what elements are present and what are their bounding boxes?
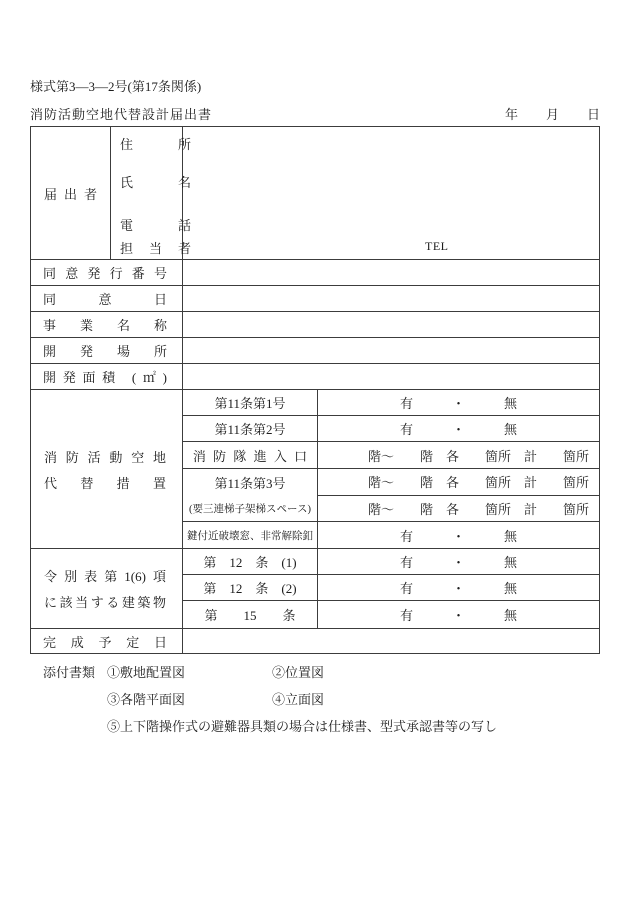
consent-date-value-cell [183, 286, 599, 311]
consent-date-label: 同意日 [31, 289, 182, 308]
article12-1-row: 第 12 条 (1) 有 ・ 無 [183, 549, 599, 575]
completion-date-value-cell [183, 629, 599, 653]
fire-brigade-entrance-row: 消 防 隊 進 入 口 階～ 階 各 箇所 計 箇所 [183, 442, 599, 469]
article11-2-value: 有 ・ 無 [318, 416, 599, 441]
fire-brigade-entrance-label: 消 防 隊 進 入 口 [183, 442, 318, 468]
ordinance-building-block: 令別表第1(6)項 に該当する建築物 第 12 条 (1) 有 ・ 無 第 12… [31, 549, 599, 629]
applicant-block: 届出者 住所 氏名 電話 担当者 TEL [31, 127, 599, 260]
ordinance-building-label-line1: 令別表第1(6)項 [31, 566, 182, 585]
page-title: 消防活動空地代替設計届出書 [30, 104, 212, 123]
applicant-label-cell: 届出者 [31, 127, 111, 259]
form-table: 届出者 住所 氏名 電話 担当者 TEL 同意発行番号 同意日 事業名称 [30, 126, 600, 654]
applicant-field-labels: 住所 氏名 電話 担当者 [111, 127, 183, 259]
applicant-value-cell: TEL [183, 127, 599, 259]
article11-2-label: 第11条第2号 [183, 416, 318, 441]
consent-number-row: 同意発行番号 [31, 260, 599, 286]
article15-row: 第 15 条 有 ・ 無 [183, 601, 599, 628]
break-window-value: 有 ・ 無 [318, 522, 599, 548]
consent-number-label: 同意発行番号 [31, 263, 182, 282]
article12-1-label: 第 12 条 (1) [183, 549, 318, 574]
consent-date-row: 同意日 [31, 286, 599, 312]
date-year-label: 年 [505, 104, 518, 123]
article11-2-row: 第11条第2号 有 ・ 無 [183, 416, 599, 442]
article15-value: 有 ・ 無 [318, 601, 599, 628]
attachment-item-4: ④立面図 [272, 689, 324, 708]
contact-person-label: 担当者 [120, 238, 191, 257]
development-area-row: 開発面積 (㎡) [31, 364, 599, 390]
ordinance-building-label-line2: に該当する建築物 [31, 592, 182, 611]
phone-label: 電話 [120, 215, 191, 234]
development-site-row: 開発場所 [31, 338, 599, 364]
completion-date-label: 完成予定日 [31, 632, 182, 651]
attachments-label: 添付書類 [43, 662, 95, 681]
ordinance-building-label-cell: 令別表第1(6)項 に該当する建築物 [31, 549, 183, 628]
form-number: 様式第3―3―2号(第17条関係) [30, 76, 201, 95]
development-area-label: 開発面積 (㎡) [31, 367, 182, 386]
attachment-item-3: ③各階平面図 [107, 689, 185, 708]
date-day-label: 日 [587, 104, 600, 123]
date-month-label: 月 [546, 104, 559, 123]
business-name-value-cell [183, 312, 599, 337]
article12-2-row: 第 12 条 (2) 有 ・ 無 [183, 575, 599, 601]
alt-measures-label-line2: 代替措置 [31, 473, 182, 492]
name-label: 氏名 [120, 172, 191, 191]
address-label: 住所 [120, 134, 191, 153]
article11-1-value: 有 ・ 無 [318, 390, 599, 415]
applicant-label: 届出者 [31, 184, 110, 203]
article15-label: 第 15 条 [183, 601, 318, 628]
completion-date-row: 完成予定日 [31, 629, 599, 653]
alt-measures-block: 消防活動空地 代替措置 第11条第1号 有 ・ 無 第11条第2号 有 ・ 無 … [31, 390, 599, 549]
form-page: 様式第3―3―2号(第17条関係) 消防活動空地代替設計届出書 年 月 日 届出… [0, 0, 630, 903]
attachment-item-2: ②位置図 [272, 662, 324, 681]
article12-1-value: 有 ・ 無 [318, 549, 599, 574]
business-name-row: 事業名称 [31, 312, 599, 338]
article12-2-value: 有 ・ 無 [318, 575, 599, 600]
attachment-item-1: ①敷地配置図 [107, 662, 185, 681]
break-window-label: 鍵付近破壊窓、非常解除釦 [183, 522, 318, 548]
attachment-item-5: ⑤上下階操作式の避難器具類の場合は仕様書、型式承認書等の写し [107, 716, 497, 735]
triple-ladder-space-value: 階～ 階 各 箇所 計 箇所 [318, 496, 599, 522]
alt-measures-label-cell: 消防活動空地 代替措置 [31, 390, 183, 548]
article11-1-row: 第11条第1号 有 ・ 無 [183, 390, 599, 416]
article12-2-label: 第 12 条 (2) [183, 575, 318, 600]
development-site-value-cell [183, 338, 599, 363]
article11-3-label: 第11条第3号 [183, 469, 317, 495]
triple-ladder-space-label: (要三連梯子架梯スペース) [183, 495, 317, 521]
article11-3-value: 階～ 階 各 箇所 計 箇所 [318, 469, 599, 496]
consent-number-value-cell [183, 260, 599, 285]
tel-label: TEL [425, 239, 449, 254]
business-name-label: 事業名称 [31, 315, 182, 334]
article11-3-rows: 第11条第3号 (要三連梯子架梯スペース) 階～ 階 各 箇所 計 箇所 階～ … [183, 469, 599, 522]
article11-1-label: 第11条第1号 [183, 390, 318, 415]
alt-measures-label-line1: 消防活動空地 [31, 447, 182, 466]
development-site-label: 開発場所 [31, 341, 182, 360]
break-window-row: 鍵付近破壊窓、非常解除釦 有 ・ 無 [183, 522, 599, 548]
development-area-value-cell [183, 364, 599, 389]
date-line: 年 月 日 [505, 104, 600, 123]
fire-brigade-entrance-value: 階～ 階 各 箇所 計 箇所 [318, 442, 599, 468]
